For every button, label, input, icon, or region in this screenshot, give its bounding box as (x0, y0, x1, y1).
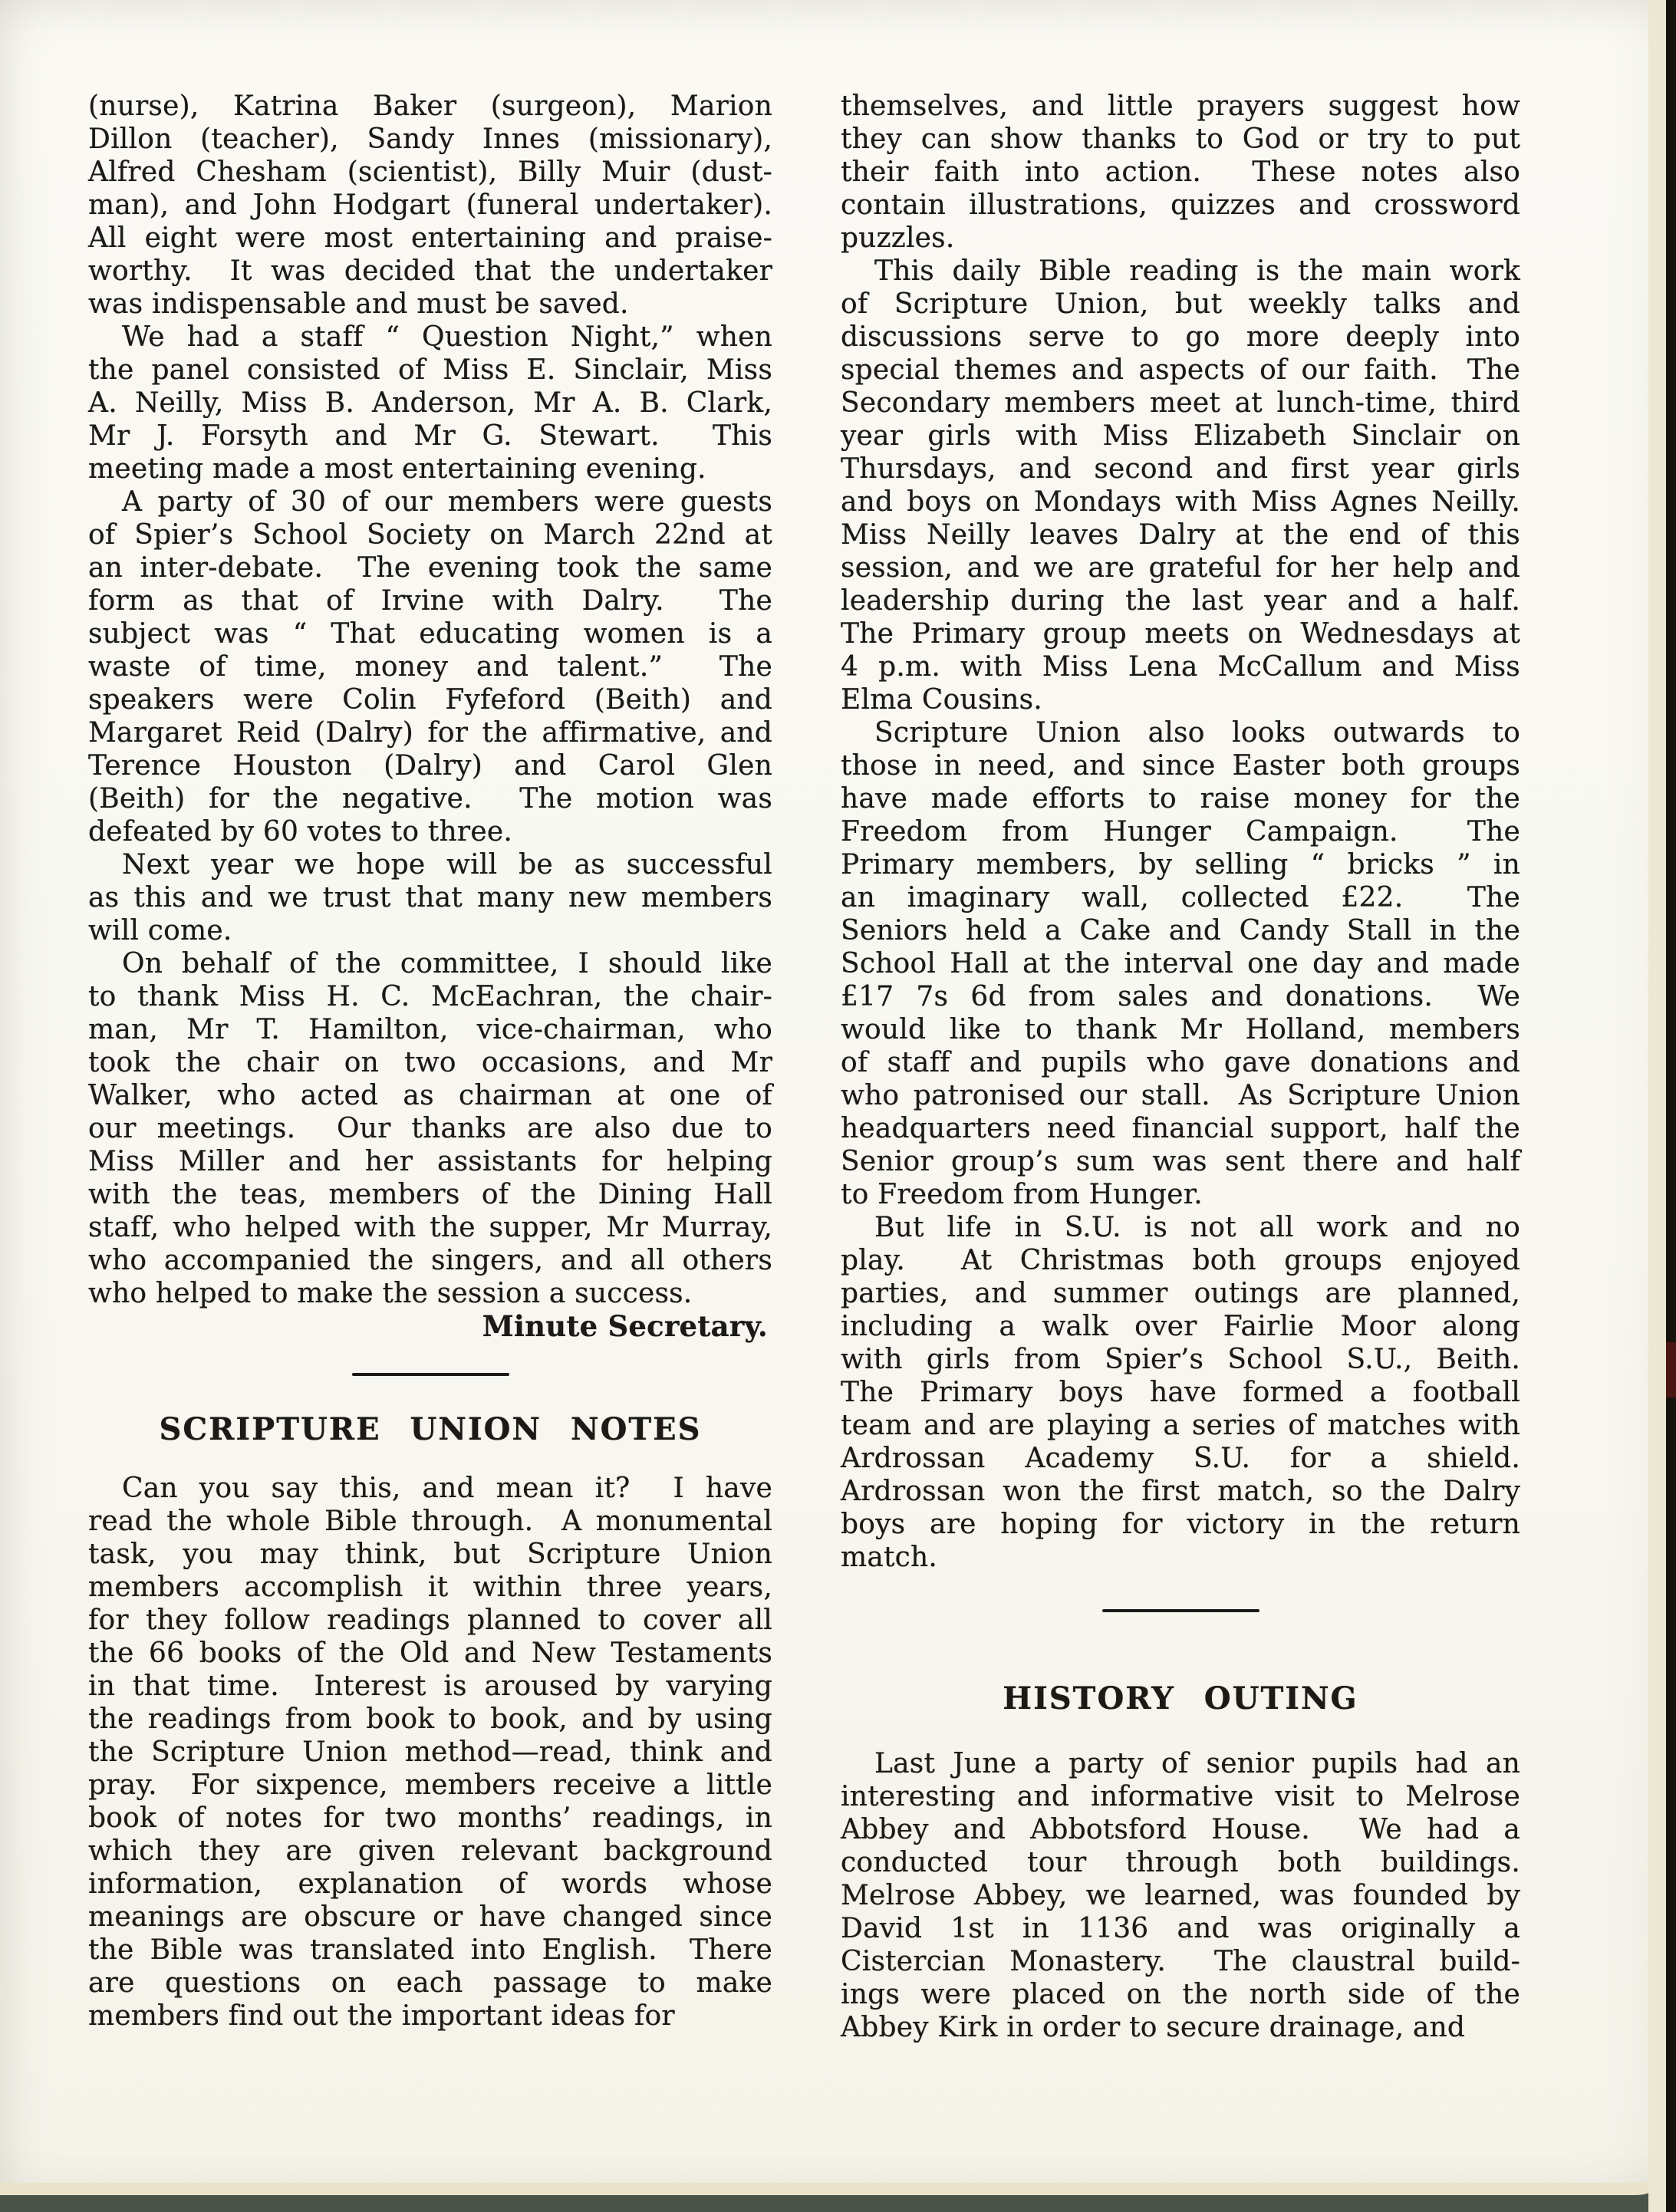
text-line: Scripture Union also looks outwards to (841, 716, 1520, 749)
text-line: session, and we are grateful for her hel… (841, 551, 1520, 584)
text-line: to thank Miss H. C. McEachran, the chair… (88, 980, 772, 1013)
text-line: the panel consisted of Miss E. Sinclair,… (88, 354, 772, 387)
paragraph: Next year we hope will be as successfula… (88, 848, 772, 947)
text-line: Primary members, by selling “ bricks ” i… (841, 848, 1520, 881)
paragraph: On behalf of the committee, I should lik… (88, 947, 772, 1310)
text-line: Abbey Kirk in order to secure drainage, … (841, 2011, 1520, 2044)
text-line: The Primary group meets on Wednesdays at (841, 617, 1520, 650)
text-line: an imaginary wall, collected £22. The (841, 881, 1520, 914)
text-line: will come. (88, 914, 772, 947)
paragraph: (nurse), Katrina Baker (surgeon), Marion… (88, 90, 772, 321)
text-line: themselves, and little prayers suggest h… (841, 90, 1520, 123)
text-line: an inter-debate. The evening took the sa… (88, 551, 772, 584)
signature: Minute Secretary. (88, 1310, 772, 1343)
text-line: who accompanied the singers, and all oth… (88, 1244, 772, 1277)
text-line: members accomplish it within three years… (88, 1571, 772, 1604)
section-divider (352, 1373, 509, 1376)
text-line: man), and John Hodgart (funeral undertak… (88, 189, 772, 222)
text-line: Can you say this, and mean it? I have (88, 1472, 772, 1505)
text-line: of Scripture Union, but weekly talks and (841, 288, 1520, 321)
paragraph: A party of 30 of our members were guests… (88, 486, 772, 848)
text-line: Miss Miller and her assistants for helpi… (88, 1145, 772, 1178)
text-line: form as that of Irvine with Dalry. The (88, 584, 772, 617)
section-divider (1102, 1609, 1259, 1612)
text-line: ings were placed on the north side of th… (841, 1978, 1520, 2011)
text-line: the readings from book to book, and by u… (88, 1703, 772, 1736)
text-line: parties, and summer outings are planned, (841, 1277, 1520, 1310)
text-line: worthy. It was decided that the undertak… (88, 255, 772, 288)
text-line: have made efforts to raise money for the (841, 782, 1520, 815)
section-heading: SCRIPTURE UNION NOTES (88, 1410, 772, 1449)
text-line: The Primary boys have formed a football (841, 1376, 1520, 1409)
text-line: with the teas, members of the Dining Hal… (88, 1178, 772, 1211)
text-line: puzzles. (841, 222, 1520, 255)
text-line: Dillon (teacher), Sandy Innes (missionar… (88, 123, 772, 156)
text-line: our meetings. Our thanks are also due to (88, 1112, 772, 1145)
text-line: defeated by 60 votes to three. (88, 815, 772, 848)
text-line: Margaret Reid (Dalry) for the affirmativ… (88, 716, 772, 749)
binding-shadow (1666, 0, 1676, 2212)
text-line: interesting and informative visit to Mel… (841, 1780, 1520, 1813)
text-line: including a walk over Fairlie Moor along (841, 1310, 1520, 1343)
text-line: as this and we trust that many new membe… (88, 881, 772, 914)
text-line: Last June a party of senior pupils had a… (841, 1747, 1520, 1780)
text-line: match. (841, 1541, 1520, 1574)
text-line: waste of time, money and talent.” The (88, 650, 772, 683)
text-line: who patronised our stall. As Scripture U… (841, 1079, 1520, 1112)
text-line: Senior group’s sum was sent there and ha… (841, 1145, 1520, 1178)
text-line: for they follow readings planned to cove… (88, 1604, 772, 1637)
text-line: All eight were most entertaining and pra… (88, 222, 772, 255)
text-line: David 1st in 1136 and was originally a (841, 1912, 1520, 1945)
text-line: man, Mr T. Hamilton, vice-chairman, who (88, 1013, 772, 1046)
text-line: year girls with Miss Elizabeth Sinclair … (841, 420, 1520, 453)
text-line: subject was “ That educating women is a (88, 617, 772, 650)
text-line: play. At Christmas both groups enjoyed (841, 1244, 1520, 1277)
text-line: who helped to make the session a success… (88, 1277, 772, 1310)
section-heading: HISTORY OUTING (841, 1680, 1520, 1718)
text-line: Next year we hope will be as successful (88, 848, 772, 881)
text-line: Secondary members meet at lunch-time, th… (841, 387, 1520, 420)
paragraph: Can you say this, and mean it? I haverea… (88, 1472, 772, 2033)
text-line: boys are hoping for victory in the retur… (841, 1508, 1520, 1541)
page-edge-strip (1648, 0, 1666, 2212)
text-line: leadership during the last year and a ha… (841, 584, 1520, 617)
text-line: meanings are obscure or have changed sin… (88, 1901, 772, 1934)
paragraph: This daily Bible reading is the main wor… (841, 255, 1520, 716)
text-line: staff, who helped with the supper, Mr Mu… (88, 1211, 772, 1244)
text-line: with girls from Spier’s School S.U., Bei… (841, 1343, 1520, 1376)
text-line: On behalf of the committee, I should lik… (88, 947, 772, 980)
text-line: Terence Houston (Dalry) and Carol Glen (88, 749, 772, 782)
text-line: Cistercian Monastery. The claustral buil… (841, 1945, 1520, 1978)
right-column: themselves, and little prayers suggest h… (841, 90, 1520, 2044)
text-line: the Scripture Union method—read, think a… (88, 1736, 772, 1769)
text-line: took the chair on two occasions, and Mr (88, 1046, 772, 1079)
binding-red-mark (1666, 1342, 1676, 1397)
text-line: special themes and aspects of our faith.… (841, 354, 1520, 387)
text-line: meeting made a most entertaining evening… (88, 453, 772, 486)
text-line: are questions on each passage to make (88, 1967, 772, 2000)
text-line: £17 7s 6d from sales and donations. We (841, 980, 1520, 1013)
text-line: pray. For sixpence, members receive a li… (88, 1769, 772, 1802)
text-line: Thursdays, and second and first year gir… (841, 453, 1520, 486)
text-line: Mr J. Forsyth and Mr G. Stewart. This (88, 420, 772, 453)
text-line: Elma Cousins. (841, 683, 1520, 716)
text-line: members find out the important ideas for (88, 2000, 772, 2033)
text-line: would like to thank Mr Holland, members (841, 1013, 1520, 1046)
text-line: those in need, and since Easter both gro… (841, 749, 1520, 782)
text-line: conducted tour through both buildings. (841, 1846, 1520, 1879)
text-line: Seniors held a Cake and Candy Stall in t… (841, 914, 1520, 947)
text-line: book of notes for two months’ readings, … (88, 1802, 772, 1835)
paragraph: We had a staff “ Question Night,” whenth… (88, 321, 772, 486)
text-line: Ardrossan won the first match, so the Da… (841, 1475, 1520, 1508)
text-line: A party of 30 of our members were guests (88, 486, 772, 518)
text-line: in that time. Interest is aroused by var… (88, 1670, 772, 1703)
text-line: Alfred Chesham (scientist), Billy Muir (… (88, 156, 772, 189)
text-line: Freedom from Hunger Campaign. The (841, 815, 1520, 848)
text-line: was indispensable and must be saved. (88, 288, 772, 321)
text-line: Miss Neilly leaves Dalry at the end of t… (841, 518, 1520, 551)
text-line: Walker, who acted as chairman at one of (88, 1079, 772, 1112)
text-line: Abbey and Abbotsford House. We had a (841, 1813, 1520, 1846)
paragraph: Last June a party of senior pupils had a… (841, 1747, 1520, 2044)
text-line: A. Neilly, Miss B. Anderson, Mr A. B. Cl… (88, 387, 772, 420)
text-line: of Spier’s School Society on March 22nd … (88, 518, 772, 551)
text-line: speakers were Colin Fyfeford (Beith) and (88, 683, 772, 716)
text-line: But life in S.U. is not all work and no (841, 1211, 1520, 1244)
text-line: information, explanation of words whose (88, 1868, 772, 1901)
text-line: to Freedom from Hunger. (841, 1178, 1520, 1211)
text-line: headquarters need financial support, hal… (841, 1112, 1520, 1145)
text-line: Ardrossan Academy S.U. for a shield. (841, 1442, 1520, 1475)
text-line: We had a staff “ Question Night,” when (88, 321, 772, 354)
paragraph: Scripture Union also looks outwards toth… (841, 716, 1520, 1211)
text-line: team and are playing a series of matches… (841, 1409, 1520, 1442)
text-line: contain illustrations, quizzes and cross… (841, 189, 1520, 222)
text-line: they can show thanks to God or try to pu… (841, 123, 1520, 156)
text-line: (Beith) for the negative. The motion was (88, 782, 772, 815)
text-line: their faith into action. These notes als… (841, 156, 1520, 189)
text-line: read the whole Bible through. A monument… (88, 1505, 772, 1538)
text-line: School Hall at the interval one day and … (841, 947, 1520, 980)
left-column: (nurse), Katrina Baker (surgeon), Marion… (88, 90, 772, 2033)
text-line: Melrose Abbey, we learned, was founded b… (841, 1879, 1520, 1912)
text-line: of staff and pupils who gave donations a… (841, 1046, 1520, 1079)
text-line: and boys on Mondays with Miss Agnes Neil… (841, 486, 1520, 518)
text-line: the 66 books of the Old and New Testamen… (88, 1637, 772, 1670)
text-line: This daily Bible reading is the main wor… (841, 255, 1520, 288)
text-line: the Bible was translated into English. T… (88, 1934, 772, 1967)
text-line: (nurse), Katrina Baker (surgeon), Marion (88, 90, 772, 123)
text-line: discussions serve to go more deeply into (841, 321, 1520, 354)
paragraph: themselves, and little prayers suggest h… (841, 90, 1520, 255)
text-line: which they are given relevant background (88, 1835, 772, 1868)
text-line: task, you may think, but Scripture Union (88, 1538, 772, 1571)
paragraph: But life in S.U. is not all work and nop… (841, 1211, 1520, 1574)
text-line: 4 p.m. with Miss Lena McCallum and Miss (841, 650, 1520, 683)
